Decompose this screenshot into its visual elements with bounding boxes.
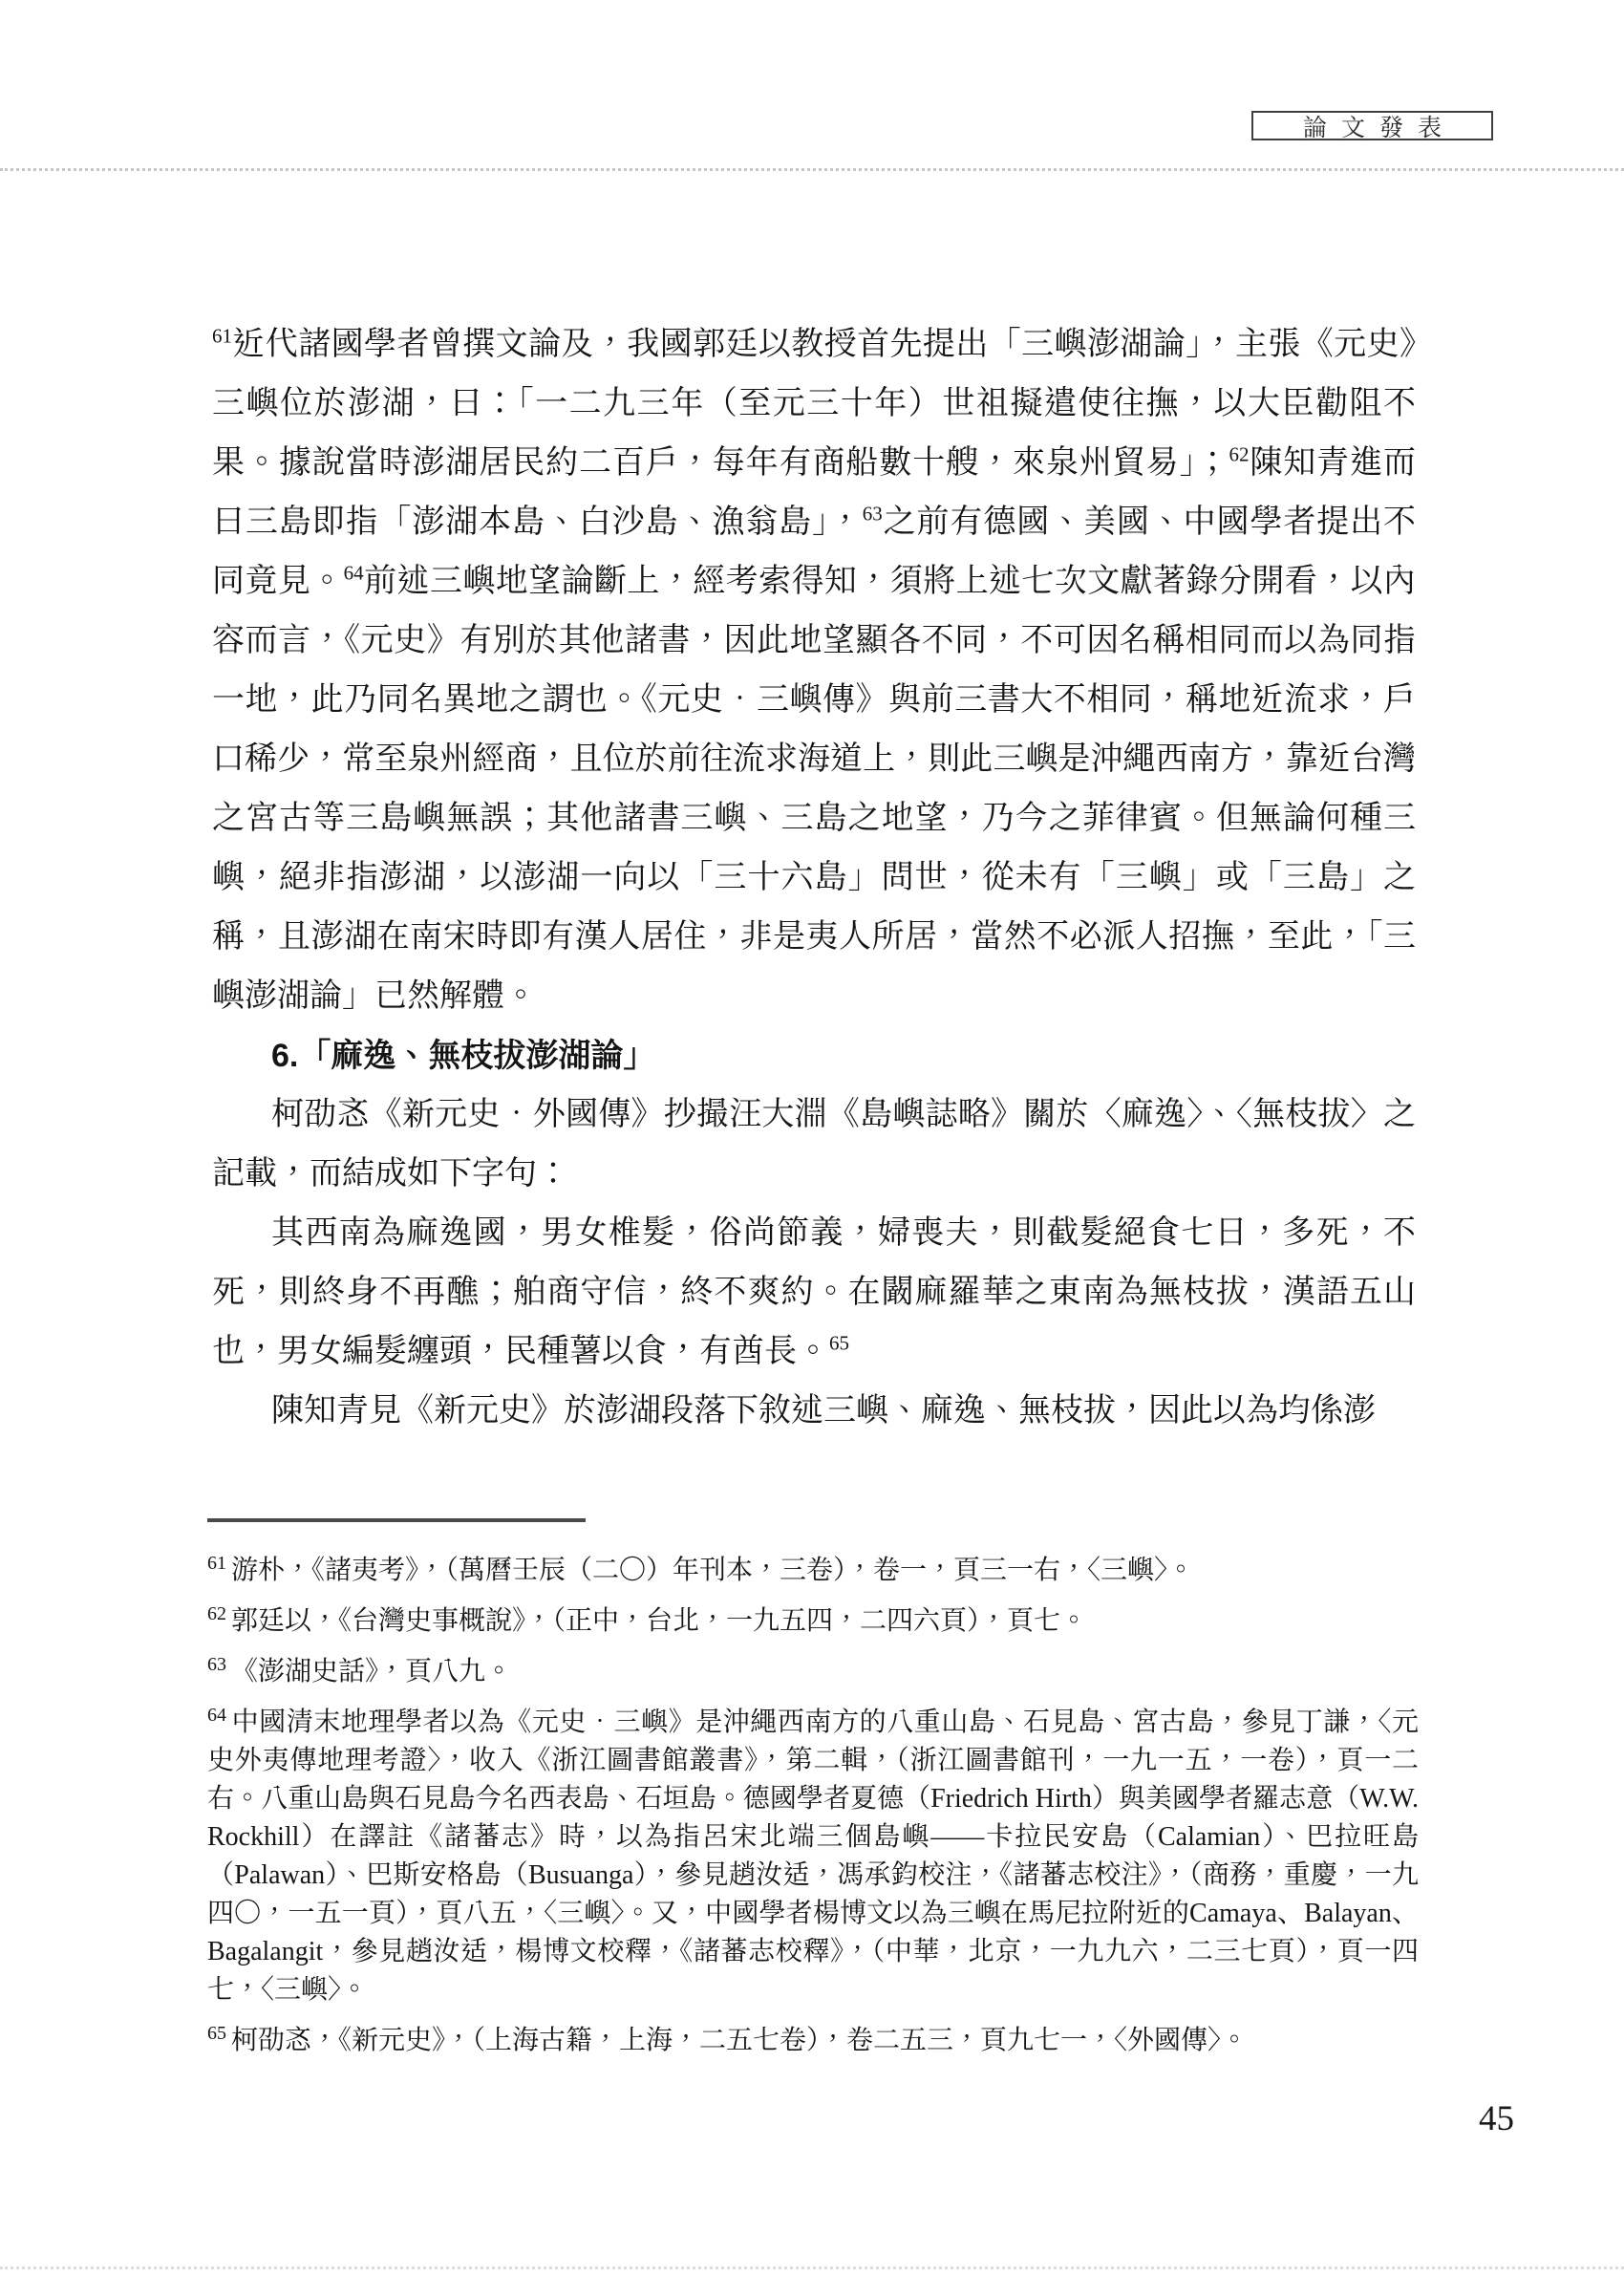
- page: { "header": { "title": "論文發表" }, "page":…: [0, 0, 1624, 2277]
- paragraph: 柯劭忞《新元史．外國傳》抄撮汪大淵《島嶼誌略》關於〈麻逸〉、〈無枝拔〉之記載，而…: [212, 1085, 1416, 1204]
- footnote-text: 《澎湖史話》，頁八九。: [231, 1657, 512, 1686]
- footnote-text: 游朴，《諸夷考》，（萬曆壬辰（二〇）年刊本，三卷），卷一，頁三一右，〈三嶼〉。: [231, 1556, 1194, 1585]
- running-head-title: 論文發表: [1303, 109, 1456, 143]
- footnote-ref: 63: [863, 503, 883, 526]
- footnote-ref: 61: [212, 325, 232, 348]
- footnote: 65柯劭忞，《新元史》，（上海古籍，上海，二五七卷），卷二五三，頁九七一，〈外國…: [207, 2022, 1419, 2060]
- footnote-text: 柯劭忞，《新元史》，（上海古籍，上海，二五七卷），卷二五三，頁九七一，〈外國傳〉…: [231, 2026, 1248, 2055]
- footnote: 63《澎湖史話》，頁八九。: [207, 1653, 1419, 1691]
- footnote-number: 64: [207, 1705, 226, 1726]
- footnote-text: 郭廷以，《台灣史事概說》，（正中，台北，一九五四，二四六頁），頁七。: [231, 1606, 1087, 1636]
- page-number: 45: [1479, 2098, 1514, 2139]
- paragraph: 陳知青見《新元史》於澎湖段落下敘述三嶼、麻逸、無枝拔，因此以為均係澎: [212, 1382, 1416, 1441]
- footnote-number: 65: [207, 2023, 226, 2044]
- footnote-number: 62: [207, 1603, 226, 1624]
- footnote-separator-rule: [207, 1518, 586, 1522]
- footnote-ref: 64: [344, 562, 364, 585]
- bottom-dotted-divider: [0, 2266, 1624, 2269]
- footnote: 62郭廷以，《台灣史事概說》，（正中，台北，一九五四，二四六頁），頁七。: [207, 1602, 1419, 1641]
- footnote: 64中國清末地理學者以為《元史．三嶼》是沖繩西南方的八重山島、石見島、宮古島，參…: [207, 1704, 1419, 2009]
- paragraph-quote: 其西南為麻逸國，男女椎髮，俗尚節義，婦喪夫，則截髮絕食七日，多死，不死，則終身不…: [212, 1204, 1416, 1382]
- footnote-number: 61: [207, 1553, 226, 1574]
- footnote-number: 63: [207, 1654, 226, 1675]
- running-head-box: 論文發表: [1251, 111, 1493, 140]
- footnote: 61游朴，《諸夷考》，（萬曆壬辰（二〇）年刊本，三卷），卷一，頁三一右，〈三嶼〉…: [207, 1552, 1419, 1590]
- section-heading: 6.「麻逸、無枝拔澎湖論」: [212, 1026, 1416, 1085]
- footnote-ref: 62: [1229, 443, 1249, 466]
- footnote-text: 中國清末地理學者以為《元史．三嶼》是沖繩西南方的八重山島、石見島、宮古島，參見丁…: [207, 1708, 1419, 2005]
- footnotes-section: 61游朴，《諸夷考》，（萬曆壬辰（二〇）年刊本，三卷），卷一，頁三一右，〈三嶼〉…: [207, 1552, 1419, 2073]
- paragraph: 61近代諸國學者曾撰文論及，我國郭廷以教授首先提出「三嶼澎湖論」，主張《元史》三…: [212, 315, 1416, 1026]
- main-text-column: 61近代諸國學者曾撰文論及，我國郭廷以教授首先提出「三嶼澎湖論」，主張《元史》三…: [212, 315, 1416, 1441]
- footnote-ref: 65: [829, 1332, 849, 1355]
- top-dotted-divider: [0, 168, 1624, 171]
